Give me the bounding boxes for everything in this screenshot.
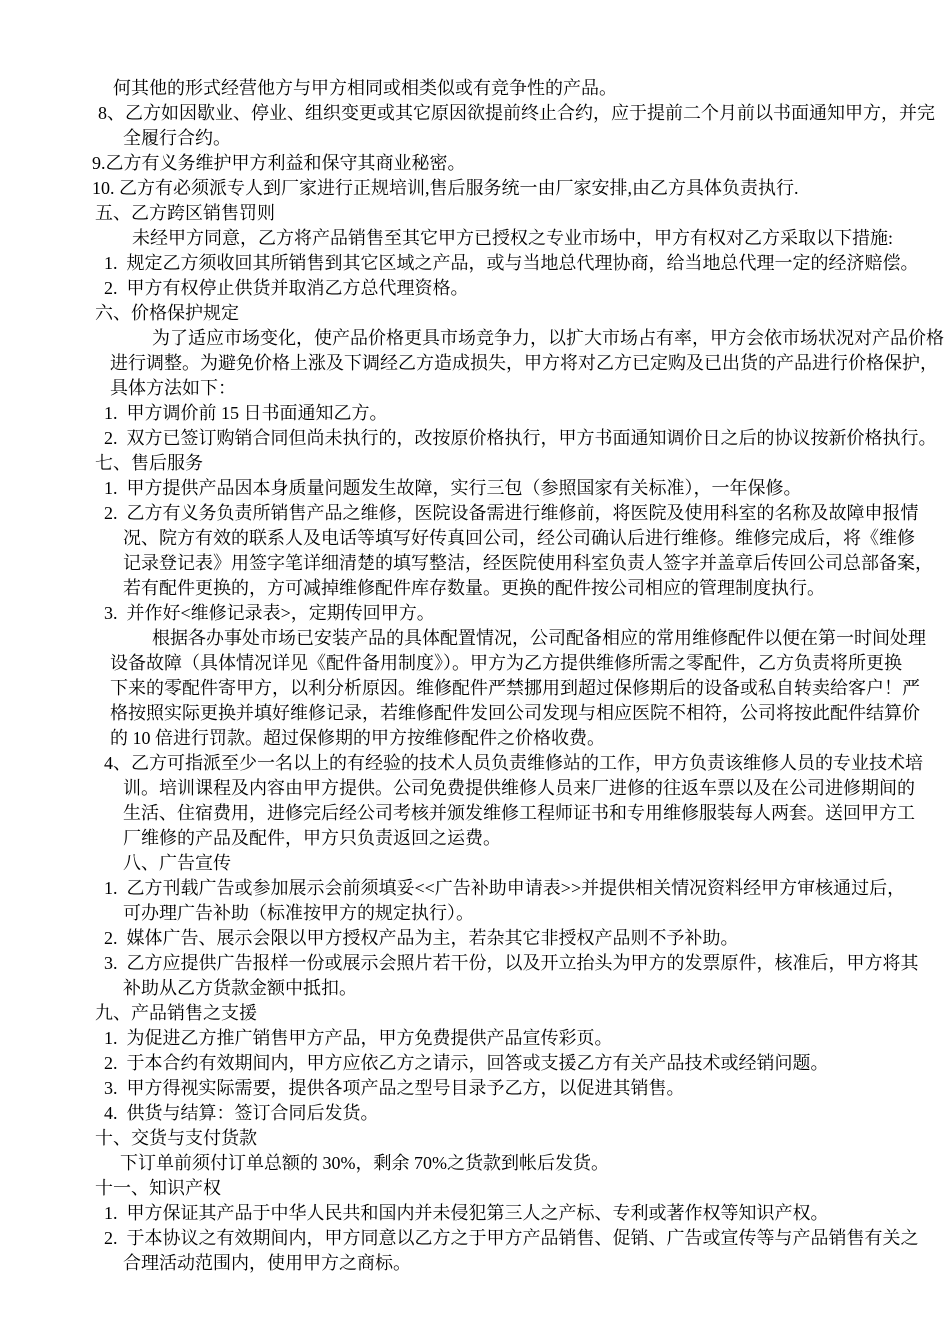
section-8-item-2: 2. 媒体广告、展示会限以甲方授权产品为主，若杂其它非授权产品则不予补助。	[0, 926, 950, 951]
section-7-paragraph-line: 设备故障（具体情况详见《配件备用制度》）。甲方为乙方提供维修所需之零配件，乙方负…	[0, 651, 950, 676]
list-item-8-continuation: 全履行合约。	[0, 126, 950, 151]
section-11-item-1: 1. 甲方保证其产品于中华人民共和国内并未侵犯第三人之产标、专利或著作权等知识产…	[0, 1201, 950, 1226]
section-heading-11: 十一、知识产权	[0, 1176, 950, 1201]
section-5-item-2: 2. 甲方有权停止供货并取消乙方总代理资格。	[0, 276, 950, 301]
list-item-10: 10. 乙方有必须派专人到厂家进行正规培训,售后服务统一由厂家安排,由乙方具体负…	[0, 176, 950, 201]
list-item-8: 8、乙方如因歇业、停业、组织变更或其它原因欲提前终止合约，应于提前二个月前以书面…	[0, 101, 950, 126]
section-7-item-3: 3. 并作好<维修记录表>，定期传回甲方。	[0, 601, 950, 626]
section-8-item-3-cont: 补助从乙方货款金额中抵扣。	[0, 976, 950, 1001]
section-7-paragraph-line: 的 10 倍进行罚款。超过保修期的甲方按维修配件之价格收费。	[0, 726, 950, 751]
section-6-item-2: 2. 双方已签订购销合同但尚未执行的，改按原价格执行，甲方书面通知调价日之后的协…	[0, 426, 950, 451]
section-7-item-4: 4、乙方可指派至少一名以上的有经验的技术人员负责维修站的工作，甲方负责该维修人员…	[0, 751, 950, 776]
section-9-item-4: 4. 供货与结算：签订合同后发货。	[0, 1101, 950, 1126]
section-7-paragraph-line: 格按照实际更换并填好维修记录，若维修配件发回公司发现与相应医院不相符，公司将按此…	[0, 701, 950, 726]
section-6-paragraph-line: 进行调整。为避免价格上涨及下调经乙方造成损失，甲方将对乙方已定购及已出货的产品进…	[0, 351, 950, 376]
section-5-intro: 未经甲方同意，乙方将产品销售至其它甲方已授权之专业市场中，甲方有权对乙方采取以下…	[0, 226, 950, 251]
text-line-continuation: 何其他的形式经营他方与甲方相同或相类似或有竞争性的产品。	[0, 76, 950, 101]
section-6-paragraph-line: 为了适应市场变化，使产品价格更具市场竞争力，以扩大市场占有率，甲方会依市场状况对…	[0, 326, 950, 351]
section-5-item-1: 1. 规定乙方须收回其所销售到其它区域之产品，或与当地总代理协商，给当地总代理一…	[0, 251, 950, 276]
section-heading-6: 六、价格保护规定	[0, 301, 950, 326]
document-page: 何其他的形式经营他方与甲方相同或相类似或有竞争性的产品。 8、乙方如因歇业、停业…	[0, 0, 950, 1344]
section-6-item-1: 1. 甲方调价前 15 日书面通知乙方。	[0, 401, 950, 426]
section-11-item-2-cont: 合理活动范围内，使用甲方之商标。	[0, 1251, 950, 1276]
section-heading-7: 七、售后服务	[0, 451, 950, 476]
section-7-paragraph-line: 根据各办事处市场已安装产品的具体配置情况，公司配备相应的常用维修配件以便在第一时…	[0, 626, 950, 651]
section-11-item-2: 2. 于本协议之有效期间内，甲方同意以乙方之于甲方产品销售、促销、广告或宣传等与…	[0, 1226, 950, 1251]
section-6-paragraph-line: 具体方法如下：	[0, 376, 950, 401]
section-8-item-1: 1. 乙方刊载广告或参加展示会前须填妥<<广告补助申请表>>并提供相关情况资料经…	[0, 876, 950, 901]
list-item-9: 9.乙方有义务维护甲方利益和保守其商业秘密。	[0, 151, 950, 176]
section-7-item-4-cont: 厂维修的产品及配件，甲方只负责返回之运费。	[0, 826, 950, 851]
section-9-item-3: 3. 甲方得视实际需要，提供各项产品之型号目录予乙方，以促进其销售。	[0, 1076, 950, 1101]
section-9-item-1: 1. 为促进乙方推广销售甲方产品，甲方免费提供产品宣传彩页。	[0, 1026, 950, 1051]
section-heading-8: 八、广告宣传	[0, 851, 950, 876]
section-7-paragraph-line: 下来的零配件寄甲方，以利分析原因。维修配件严禁挪用到超过保修期后的设备或私自转卖…	[0, 676, 950, 701]
section-7-item-4-cont: 训。培训课程及内容由甲方提供。公司免费提供维修人员来厂进修的往返车票以及在公司进…	[0, 776, 950, 801]
section-7-item-1: 1. 甲方提供产品因本身质量问题发生故障，实行三包（参照国家有关标准），一年保修…	[0, 476, 950, 501]
section-10-paragraph: 下订单前须付订单总额的 30%，剩余 70%之货款到帐后发货。	[0, 1151, 950, 1176]
section-7-item-2-cont: 况、院方有效的联系人及电话等填写好传真回公司，经公司确认后进行维修。维修完成后，…	[0, 526, 950, 551]
section-8-item-1-cont: 可办理广告补助（标准按甲方的规定执行）。	[0, 901, 950, 926]
section-heading-5: 五、乙方跨区销售罚则	[0, 201, 950, 226]
section-9-item-2: 2. 于本合约有效期间内，甲方应依乙方之请示，回答或支援乙方有关产品技术或经销问…	[0, 1051, 950, 1076]
section-heading-9: 九、产品销售之支援	[0, 1001, 950, 1026]
section-7-item-2: 2. 乙方有义务负责所销售产品之维修，医院设备需进行维修前，将医院及使用科室的名…	[0, 501, 950, 526]
section-7-item-2-cont: 若有配件更换的，方可减掉维修配件库存数量。更换的配件按公司相应的管理制度执行。	[0, 576, 950, 601]
section-8-item-3: 3. 乙方应提供广告报样一份或展示会照片若干份，以及开立抬头为甲方的发票原件，核…	[0, 951, 950, 976]
section-heading-10: 十、交货与支付货款	[0, 1126, 950, 1151]
section-7-item-4-cont: 生活、住宿费用，进修完后经公司考核并颁发维修工程师证书和专用维修服装每人两套。送…	[0, 801, 950, 826]
section-7-item-2-cont: 记录登记表》用签字笔详细清楚的填写整洁，经医院使用科室负责人签字并盖章后传回公司…	[0, 551, 950, 576]
